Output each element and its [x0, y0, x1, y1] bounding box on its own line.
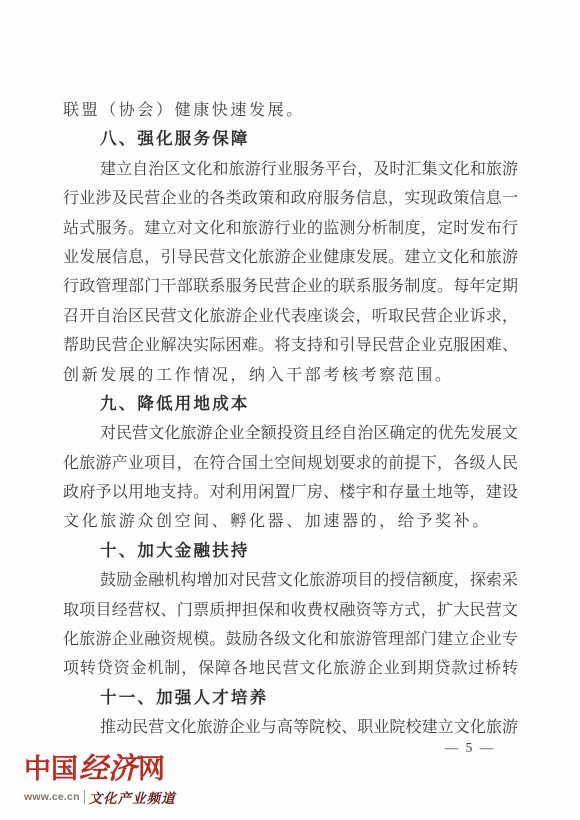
document-text-line: 站式服务。建立对文化和旅游行业的监测分析制度，定时发布行	[63, 214, 518, 243]
document-text-line: 创新发展的工作情况，纳入干部考核考察范围。	[63, 361, 518, 390]
document-text-line: 业发展信息，引导民营文化旅游企业健康发展。建立文化和旅游	[63, 243, 518, 272]
document-text-line: 对民营文化旅游企业全额投资且经自治区确定的优先发展文	[63, 419, 518, 448]
section-heading: 十一、加强人才培养	[63, 684, 518, 713]
section-heading: 九、降低用地成本	[63, 390, 518, 419]
logo-wordmark: 中国 经济 网	[24, 752, 176, 786]
document-text-line: 联盟（协会）健康快速发展。	[63, 96, 518, 125]
china-economic-net-logo: 中国 经济 网 www.ce.cn 文化产业频道	[24, 752, 176, 807]
section-heading: 八、强化服务保障	[63, 125, 518, 154]
document-text-line: 帮助民营企业解决实际困难。将支持和引导民营企业克服困难、	[63, 331, 518, 360]
document-text-block: 联盟（协会）健康快速发展。八、强化服务保障建立自治区文化和旅游行业服务平台，及时…	[63, 96, 518, 743]
document-text-line: 文化旅游众创空间、孵化器、加速器的，给予奖补。	[63, 507, 518, 536]
section-heading: 十、加大金融扶持	[63, 537, 518, 566]
page-number: — 5 —	[440, 740, 500, 756]
document-text-line: 行业涉及民营企业的各类政策和政府服务信息，实现政策信息一	[63, 184, 518, 213]
document-text-line: 取项目经营权、门票质押担保和收费权融资等方式，扩大民营文	[63, 596, 518, 625]
logo-wordmark-right: 网	[138, 752, 165, 786]
logo-site-url: www.ce.cn	[24, 791, 80, 803]
document-page: 联盟（协会）健康快速发展。八、强化服务保障建立自治区文化和旅游行业服务平台，及时…	[0, 0, 580, 820]
logo-channel-name: 文化产业频道	[89, 787, 176, 807]
logo-wordmark-left: 中国	[24, 752, 78, 786]
document-text-line: 鼓励金融机构增加对民营文化旅游项目的授信额度，探索采	[63, 566, 518, 595]
logo-subline: www.ce.cn 文化产业频道	[24, 787, 176, 807]
document-text-line: 政府予以用地支持。对利用闲置厂房、楼宇和存量土地等，建设	[63, 478, 518, 507]
document-text-line: 项转贷资金机制，保障各地民营文化旅游企业到期贷款过桥转贷。	[63, 654, 518, 683]
document-text-line: 化旅游企业融资规模。鼓励各级文化和旅游管理部门建立企业专	[63, 625, 518, 654]
logo-wordmark-script: 经济	[79, 752, 137, 786]
logo-divider	[84, 790, 85, 804]
document-text-line: 召开自治区民营文化旅游企业代表座谈会，听取民营企业诉求，	[63, 302, 518, 331]
document-text-line: 建立自治区文化和旅游行业服务平台，及时汇集文化和旅游	[63, 155, 518, 184]
document-text-line: 化旅游产业项目，在符合国土空间规划要求的前提下，各级人民	[63, 449, 518, 478]
document-text-line: 行政管理部门干部联系服务民营企业的联系服务制度。每年定期	[63, 272, 518, 301]
document-text-line: 推动民营文化旅游企业与高等院校、职业院校建立文化旅游	[63, 713, 518, 742]
